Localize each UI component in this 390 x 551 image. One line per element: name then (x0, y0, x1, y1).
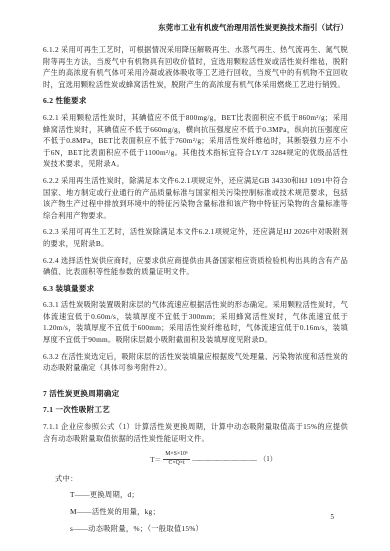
formula-denominator: C×Q×t (163, 460, 190, 468)
paragraph-7-1-1: 7.1.1 企业应参照公式（1）计算活性炭更换周期，计算中动态吸附量取值高于15… (43, 421, 348, 444)
formula-1: T＝ M×S×10⁶ C×Q×t .......................… (79, 451, 348, 467)
formula-lhs: T＝ (150, 454, 161, 464)
paragraph-6-3-1: 6.3.1 活性炭吸附装置吸附床层的气体流速应根据活性炭的形态确定。采用颗粒活性… (43, 299, 348, 345)
formula-numerator: M×S×10⁶ (163, 451, 190, 460)
formula-fraction: M×S×10⁶ C×Q×t (163, 451, 190, 467)
paragraph-6-3-2: 6.3.2 在活性炭选定后，吸附床层的活性炭装填量应根据废气处理量、污染物浓度和… (43, 351, 348, 374)
section-heading-7: 7 活性炭更换周期确定 (43, 388, 348, 400)
formula-dot-leader: ........................................… (192, 456, 257, 463)
legend-item-s: s——动态吸附量，%；（一般取值15%） (70, 524, 348, 534)
paragraph-6-1-2: 6.1.2 采用可再生工艺时，可根据情况采用降压解吸再生、水蒸气再生、热气流再生… (43, 44, 348, 90)
paragraph-6-2-1: 6.2.1 采用颗粒活性炭时，其碘值应不低于800mg/g，BET比表面积应不低… (43, 112, 348, 170)
formula-legend-intro: 式中： (55, 474, 348, 484)
section-heading-7-1: 7.1 一次性吸附工艺 (43, 404, 348, 416)
legend-item-M: M——活性炭的用量，kg； (70, 507, 348, 517)
paragraph-6-2-2: 6.2.2 采用再生活性炭时，除满足本文件6.2.1项规定外，还应满足GB 34… (43, 175, 348, 221)
legend-item-T: T——更换周期，d； (70, 490, 348, 500)
section-heading-6-3: 6.3 装填量要求 (43, 283, 348, 295)
paragraph-6-2-4: 6.2.4 选择活性炭供应商时，应要求供应商提供由具备国家相应资质检验机构出具的… (43, 255, 348, 278)
section-heading-6-2: 6.2 性能要求 (43, 95, 348, 107)
paragraph-6-2-3: 6.2.3 采用可再生工艺时，活性炭除满足本文件6.2.1项规定外，还应满足HJ… (43, 226, 348, 249)
page-number: 5 (330, 513, 334, 521)
formula-number: （1） (259, 454, 277, 464)
document-page: 东莞市工业有机废气治理用活性炭更换技术指引（试行） 6.1.2 采用可再生工艺时… (0, 0, 390, 551)
document-header-title: 东莞市工业有机废气治理用活性炭更换技术指引（试行） (43, 22, 348, 33)
